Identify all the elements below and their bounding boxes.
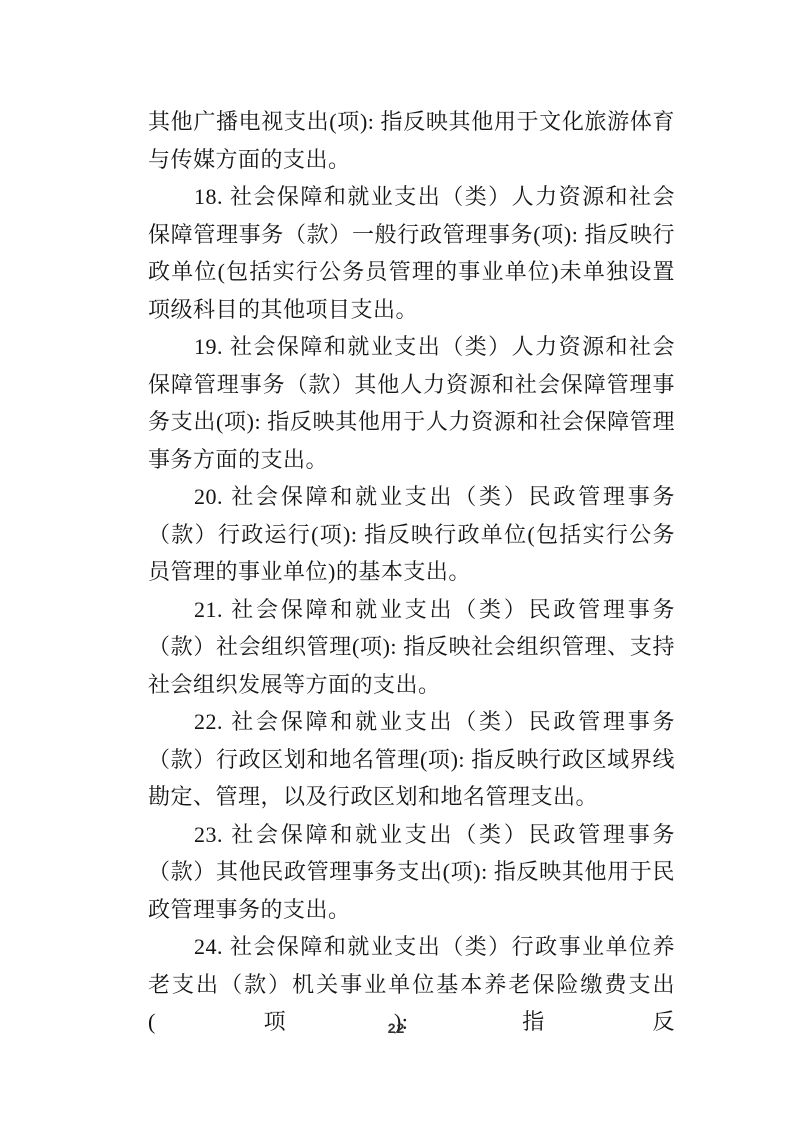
paragraph: 18. 社会保障和就业支出（类）人力资源和社会保障管理事务（款）一般行政管理事务… (148, 178, 675, 328)
document-page: 其他广播电视支出(项): 指反映其他用于文化旅游体育与传媒方面的支出。18. 社… (0, 0, 793, 1122)
page-number: 22 (388, 1020, 406, 1036)
paragraph: 19. 社会保障和就业支出（类）人力资源和社会保障管理事务（款）其他人力资源和社… (148, 328, 675, 478)
paragraph: 20. 社会保障和就业支出（类）民政管理事务（款）行政运行(项): 指反映行政单… (148, 478, 675, 591)
paragraph: 22. 社会保障和就业支出（类）民政管理事务（款）行政区划和地名管理(项): 指… (148, 703, 675, 816)
paragraph: 23. 社会保障和就业支出（类）民政管理事务（款）其他民政管理事务支出(项): … (148, 816, 675, 929)
page-footer: 22 (0, 1020, 793, 1038)
paragraph: 其他广播电视支出(项): 指反映其他用于文化旅游体育与传媒方面的支出。 (148, 103, 675, 178)
document-body: 其他广播电视支出(项): 指反映其他用于文化旅游体育与传媒方面的支出。18. 社… (148, 103, 675, 1041)
paragraph: 21. 社会保障和就业支出（类）民政管理事务（款）社会组织管理(项): 指反映社… (148, 591, 675, 704)
